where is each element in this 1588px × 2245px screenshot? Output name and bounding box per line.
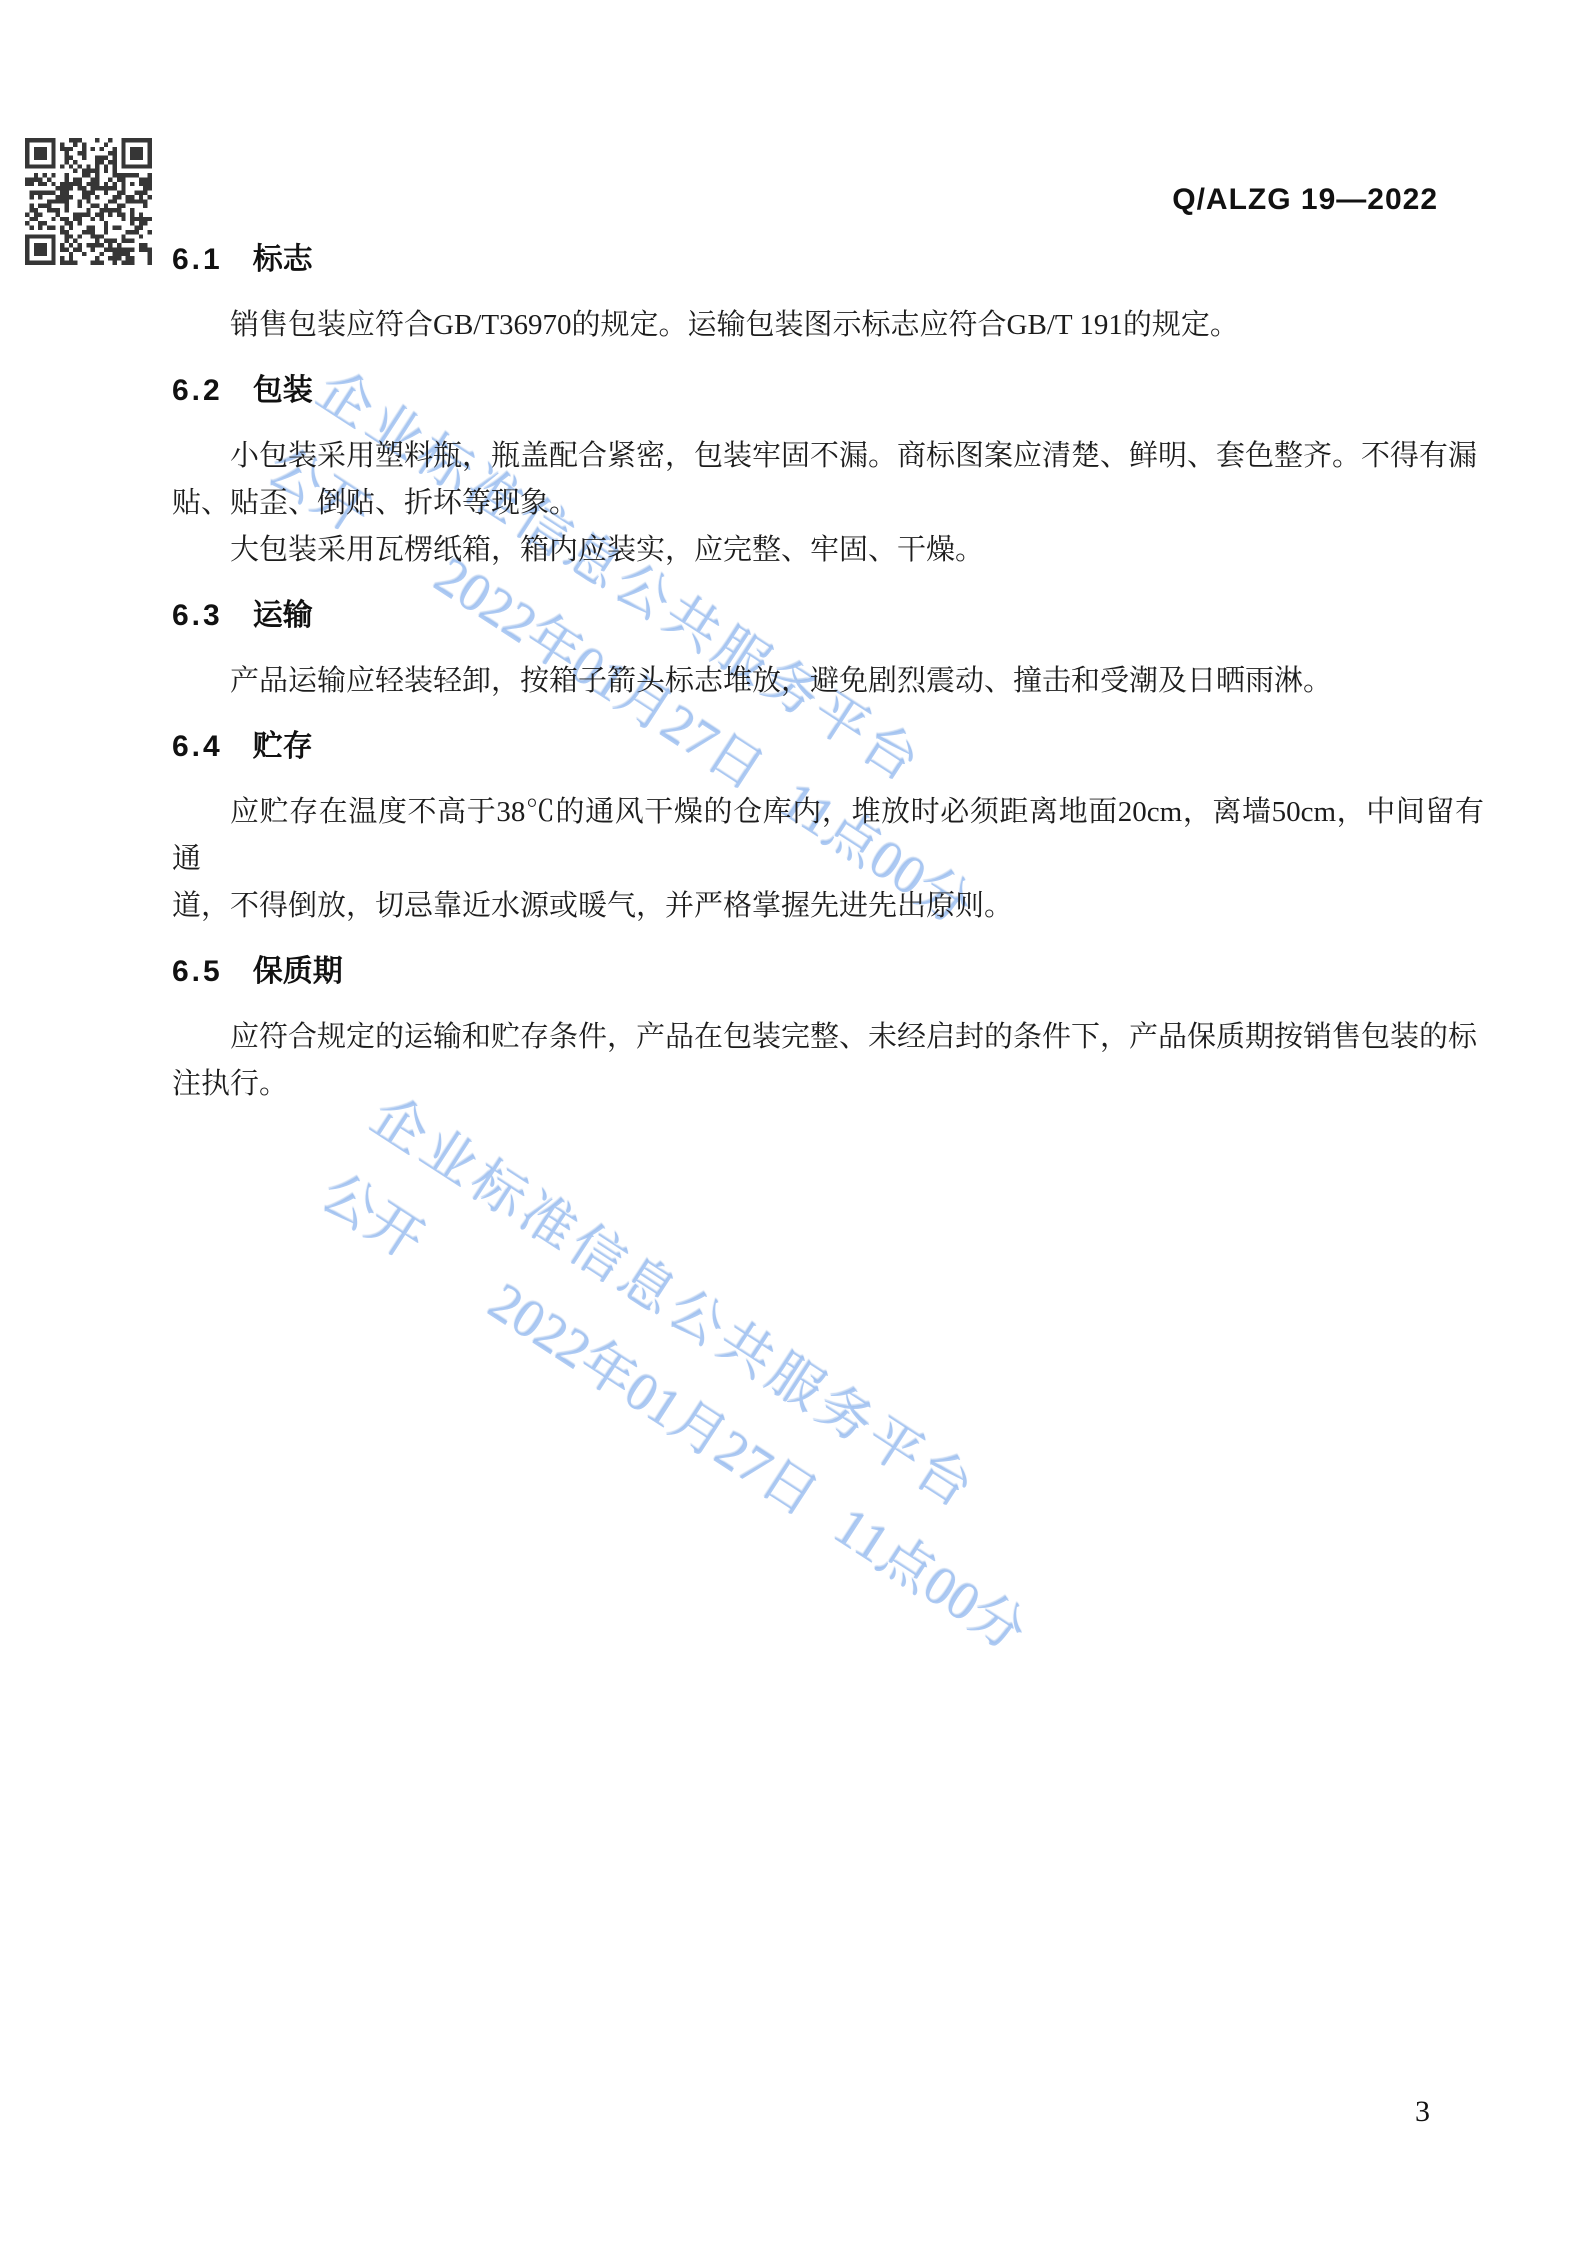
section-title: 贮存 [253,730,313,763]
watermark-open-label: 公开 [311,1163,434,1272]
section-6-3: 6.3运输 产品运输应轻装轻卸，按箱子箭头标志堆放，避免剧烈震动、撞击和受潮及日… [172,596,1484,705]
watermark-meta-line: 公开2022年01月27日11点00分 [312,1165,1034,1660]
watermark-date: 2022年01月27日 [479,1272,829,1528]
qr-code-icon [25,138,152,265]
section-number: 6.2 [172,374,223,407]
document-body: 6.1标志 销售包装应符合GB/T36970的规定。运输包装图示标志应符合GB/… [172,240,1484,1130]
section-number: 6.1 [172,243,223,276]
section-heading: 6.2包装 [172,371,1484,411]
section-title: 保质期 [253,955,343,988]
watermark-platform-text: 企业标准信息公共服务平台 [363,1088,1085,1583]
section-title: 运输 [253,599,313,632]
document-code: Q/ALZG 19—2022 [1172,184,1438,216]
section-heading: 6.5保质期 [172,952,1484,992]
section-number: 6.4 [172,730,223,763]
section-title: 标志 [253,243,313,276]
section-6-4: 6.4贮存 应贮存在温度不高于38℃的通风干燥的仓库内，堆放时必须距离地面20c… [172,727,1484,930]
section-number: 6.3 [172,599,223,632]
section-paragraph: 小包装采用塑料瓶，瓶盖配合紧密，包装牢固不漏。商标图案应清楚、鲜明、套色整齐。不… [172,433,1484,527]
watermark-stamp: 企业标准信息公共服务平台 公开2022年01月27日11点00分 [312,1088,1084,1660]
section-6-1: 6.1标志 销售包装应符合GB/T36970的规定。运输包装图示标志应符合GB/… [172,240,1484,349]
section-heading: 6.3运输 [172,596,1484,636]
section-paragraph: 应贮存在温度不高于38℃的通风干燥的仓库内，堆放时必须距离地面20cm，离墙50… [172,789,1484,930]
page-number: 3 [1415,2094,1430,2130]
section-paragraph: 应符合规定的运输和贮存条件，产品在包装完整、未经启封的条件下，产品保质期按销售包… [172,1014,1484,1108]
section-paragraph: 销售包装应符合GB/T36970的规定。运输包装图示标志应符合GB/T 191的… [172,302,1484,349]
section-6-2: 6.2包装 小包装采用塑料瓶，瓶盖配合紧密，包装牢固不漏。商标图案应清楚、鲜明、… [172,371,1484,574]
section-heading: 6.4贮存 [172,727,1484,767]
section-title: 包装 [253,374,313,407]
section-6-5: 6.5保质期 应符合规定的运输和贮存条件，产品在包装完整、未经启封的条件下，产品… [172,952,1484,1108]
section-paragraph: 产品运输应轻装轻卸，按箱子箭头标志堆放，避免剧烈震动、撞击和受潮及日晒雨淋。 [172,658,1484,705]
section-paragraph: 大包装采用瓦楞纸箱，箱内应装实，应完整、牢固、干燥。 [172,527,1484,574]
section-heading: 6.1标志 [172,240,1484,280]
section-number: 6.5 [172,955,223,988]
document-page: 企业标准信息公共服务平台 公开2022年01月27日11点00分 企业标准信息公… [0,0,1588,2245]
watermark-time: 11点00分 [824,1496,1036,1663]
